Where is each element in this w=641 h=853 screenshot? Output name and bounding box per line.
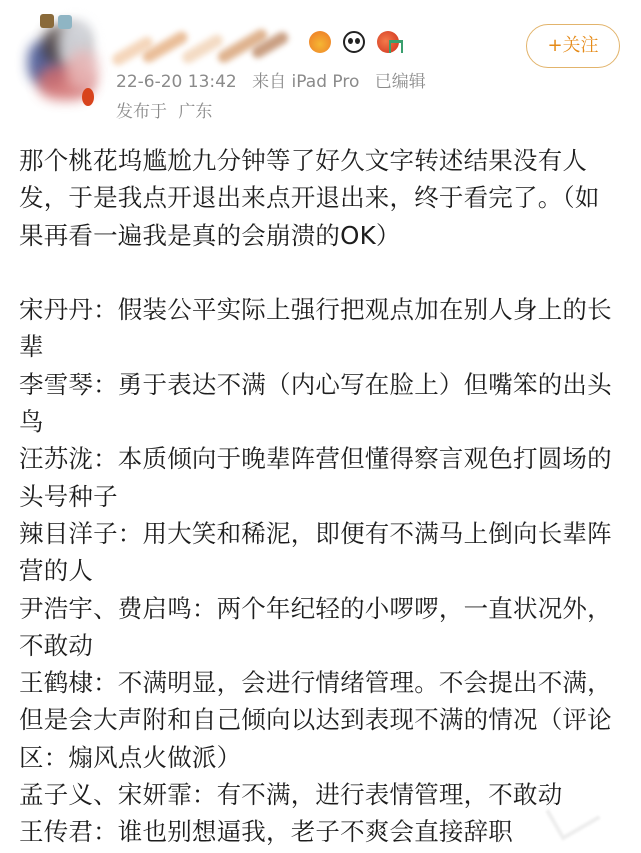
post-intro: 那个桃花坞尴尬九分钟等了好久文字转述结果没有人发，于是我点开退出来点开退出来，终… (19, 142, 619, 254)
post-location: 发布于 广东 (116, 99, 212, 125)
entry-line: 汪苏泷：本质倾向于晚辈阵营但懂得察言观色打圆场的头号种子 (19, 440, 619, 515)
location-prefix: 发布于 (116, 102, 167, 122)
post-body: 那个桃花坞尴尬九分钟等了好久文字转述结果没有人发，于是我点开退出来点开退出来，终… (19, 142, 619, 851)
entry-line: 辣目洋子：用大笑和稀泥，即便有不满马上倒向长辈阵营的人 (19, 515, 619, 590)
post-meta: 22-6-20 13:42 来自 iPad Pro 已编辑 (116, 69, 426, 95)
avatar[interactable] (18, 10, 98, 105)
follow-button[interactable]: +关注 (526, 24, 620, 68)
post-source[interactable]: 来自 iPad Pro (252, 72, 359, 92)
entry-line: 孟子义、宋妍霏：有不满，进行表情管理，不敢动 (19, 776, 619, 813)
entry-line: 李雪琴：勇于表达不满（内心写在脸上）但嘴笨的出头鸟 (19, 366, 619, 441)
entry-line: 尹浩宇、费启鸣：两个年纪轻的小啰啰，一直状况外，不敢动 (19, 590, 619, 665)
paragraph-spacer (19, 254, 619, 291)
user-badges (309, 31, 399, 53)
entry-line: 宋丹丹：假装公平实际上强行把观点加在别人身上的长辈 (19, 291, 619, 366)
username-blurred[interactable] (110, 25, 285, 65)
entry-line: 王传君：谁也别想逼我，老子不爽会直接辞职 (19, 813, 619, 850)
avatar-decoration-icon (40, 14, 54, 28)
avatar-decoration-icon (58, 15, 72, 29)
flame-bird-badge-icon (309, 31, 331, 53)
post-header: 22-6-20 13:42 来自 iPad Pro 已编辑 发布于 广东 +关注 (0, 0, 641, 130)
edited-label[interactable]: 已编辑 (375, 72, 426, 92)
panda-badge-icon (343, 31, 365, 53)
torii-fish-badge-icon (377, 31, 399, 53)
post-timestamp: 22-6-20 13:42 (116, 72, 237, 92)
location-value: 广东 (178, 102, 212, 122)
verified-badge-icon (82, 88, 94, 106)
watermark-icon (531, 793, 621, 843)
entry-line: 王鹤棣：不满明显，会进行情绪管理。不会提出不满，但是会大声附和自己倾向以达到表现… (19, 664, 619, 776)
